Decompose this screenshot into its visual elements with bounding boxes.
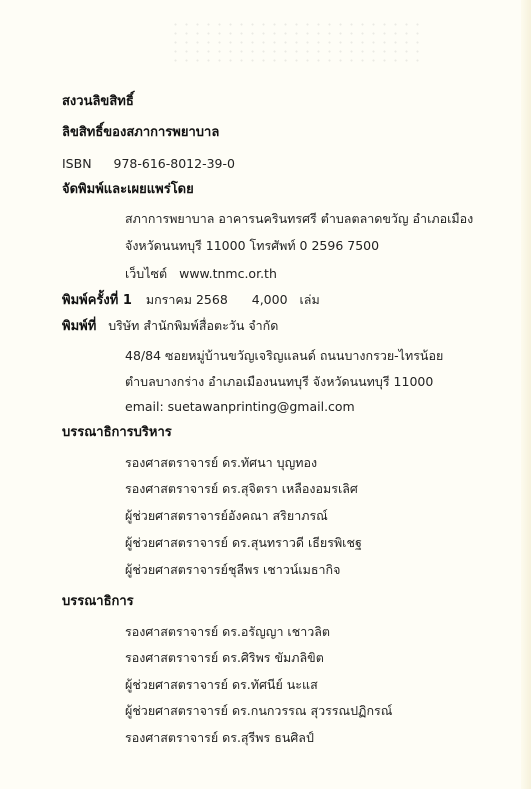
printer-row: พิมพ์ที่ บริษัท สำนักพิมพ์สื่อตะวัน จำกั… [62, 318, 278, 335]
edition-copies: 4,000 [252, 292, 288, 307]
isbn-row: ISBN 978-616-8012-39-0 [62, 156, 235, 172]
executive-editor-item: ผู้ช่วยศาสตราจารย์ชุลีพร เชาวน์เมธากิจ [125, 562, 340, 578]
printer-address-line2: ตำบลบางกร่าง อำเภอเมืองนนทบุรี จังหวัดนน… [125, 374, 433, 390]
copyright-heading: สงวนลิขสิทธิ์ [62, 94, 134, 110]
executive-editor-item: ผู้ช่วยศาสตราจารย์อังคณา สริยาภรณ์ [125, 508, 328, 524]
executive-editor-item: ผู้ช่วยศาสตราจารย์ ดร.สุนทราวดี เธียรพิเ… [125, 535, 362, 551]
publisher-address-line2: จังหวัดนนทบุรี 11000 โทรศัพท์ 0 2596 750… [125, 238, 379, 254]
faded-print-mark [170, 20, 420, 65]
executive-editor-item: รองศาสตราจารย์ ดร.สุจิตรา เหลืองอมรเลิศ [125, 481, 358, 497]
editor-item: ผู้ช่วยศาสตราจารย์ ดร.ทัศนีย์ นะแส [125, 677, 318, 693]
isbn-label: ISBN [62, 156, 92, 171]
printer-email: email: suetawanprinting@gmail.com [125, 399, 355, 415]
edition-row: พิมพ์ครั้งที่ 1 มกราคม 2568 4,000 เล่ม [62, 292, 320, 309]
editor-item: รองศาสตราจารย์ ดร.ศิริพร ขัมภลิขิต [125, 650, 324, 666]
edition-label: พิมพ์ครั้งที่ 1 [62, 293, 132, 308]
executive-editor-item: รองศาสตราจารย์ ดร.ทัศนา บุญทอง [125, 455, 317, 471]
printer-name: บริษัท สำนักพิมพ์สื่อตะวัน จำกัด [108, 318, 278, 333]
edition-date: มกราคม 2568 [146, 292, 228, 307]
edition-copies-unit: เล่ม [300, 292, 320, 307]
editors-heading: บรรณาธิการ [62, 594, 134, 610]
publisher-address-line1: สภาการพยาบาล อาคารนครินทรศรี ตำบลตลาดขวั… [125, 211, 473, 227]
editor-item: รองศาสตราจารย์ ดร.สุรีพร ธนศิลป์ [125, 730, 314, 746]
copyright-owner: ลิขสิทธิ์ของสภาการพยาบาล [62, 125, 219, 141]
editor-item: รองศาสตราจารย์ ดร.อรัญญา เชาวลิต [125, 624, 330, 640]
executive-editors-heading: บรรณาธิการบริหาร [62, 425, 172, 441]
editor-item: ผู้ช่วยศาสตราจารย์ ดร.กนกวรรณ สุวรรณปฏิก… [125, 703, 392, 719]
printer-label: พิมพ์ที่ [62, 319, 96, 334]
publisher-heading: จัดพิมพ์และเผยแพร่โดย [62, 182, 194, 198]
printer-address-line1: 48/84 ซอยหมู่บ้านขวัญเจริญแลนด์ ถนนบางกร… [125, 348, 443, 364]
isbn-value: 978-616-8012-39-0 [114, 156, 235, 171]
publisher-website-row: เว็บไซต์ www.tnmc.or.th [125, 266, 277, 282]
page-edge [521, 0, 531, 789]
website-label: เว็บไซต์ [125, 266, 167, 281]
website-value: www.tnmc.or.th [179, 266, 277, 281]
